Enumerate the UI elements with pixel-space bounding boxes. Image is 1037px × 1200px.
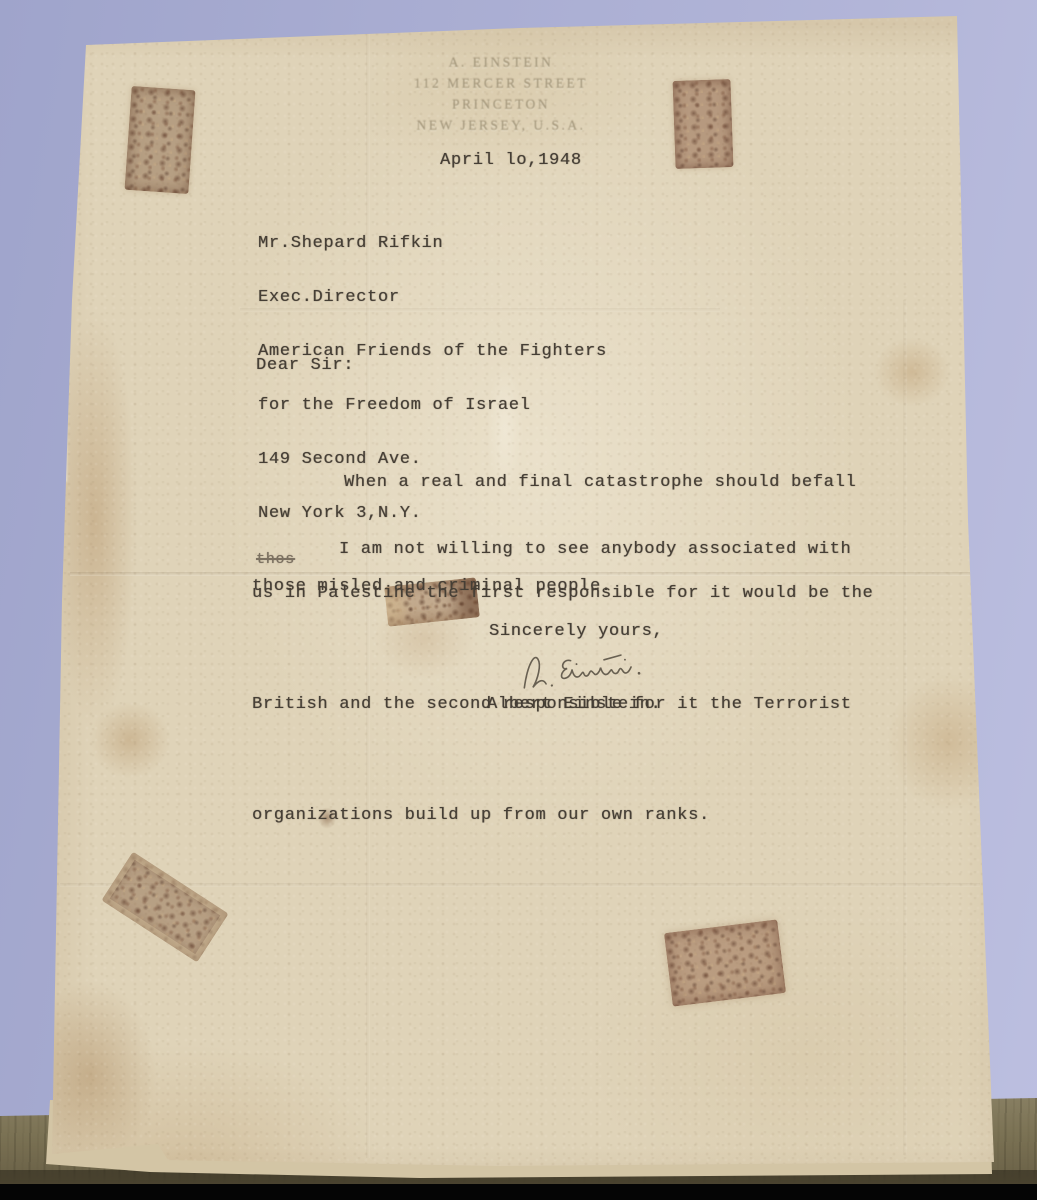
fold-crease-vertical	[903, 300, 907, 1155]
address-line: Exec.Director	[258, 289, 607, 307]
body-line: When a real and final catastrophe should…	[252, 464, 873, 501]
letterhead-line: A. EINSTEIN	[368, 52, 634, 73]
typed-signature: Albert Einstein.	[487, 695, 661, 714]
letterhead-line: NEW JERSEY, U.S.A.	[368, 115, 634, 136]
body-paragraph-2-line-2: those misled and criminal people.	[252, 568, 612, 605]
tape-residue-top-right	[672, 79, 733, 169]
embossed-letterhead: A. EINSTEIN 112 MERCER STREET PRINCETON …	[368, 52, 634, 136]
date-line: April lo,1948	[440, 151, 582, 170]
body-line: organizations build up from our own rank…	[252, 797, 873, 834]
struck-word: thos	[256, 551, 295, 568]
letterhead-line: PRINCETON	[368, 94, 634, 115]
handwritten-signature	[511, 640, 675, 698]
tape-residue-top-left	[124, 86, 195, 194]
address-line: Mr.Shepard Rifkin	[258, 235, 607, 253]
edge-tape-fragment	[58, 392, 67, 482]
body-paragraph-2-line-1: I am not willing to see anybody associat…	[252, 531, 851, 568]
salutation: Dear Sir:	[256, 356, 354, 375]
photo-of-letter: A. EINSTEIN 112 MERCER STREET PRINCETON …	[0, 0, 1037, 1200]
tape-residue-bottom-left	[101, 852, 228, 963]
closing-line: Sincerely yours,	[489, 622, 663, 641]
bottom-shadow-strip	[0, 1184, 1037, 1200]
letterhead-line: 112 MERCER STREET	[368, 73, 634, 94]
tape-residue-bottom-right	[664, 919, 786, 1006]
letter-paper: A. EINSTEIN 112 MERCER STREET PRINCETON …	[0, 0, 1037, 1200]
signature-scribble	[511, 640, 675, 698]
